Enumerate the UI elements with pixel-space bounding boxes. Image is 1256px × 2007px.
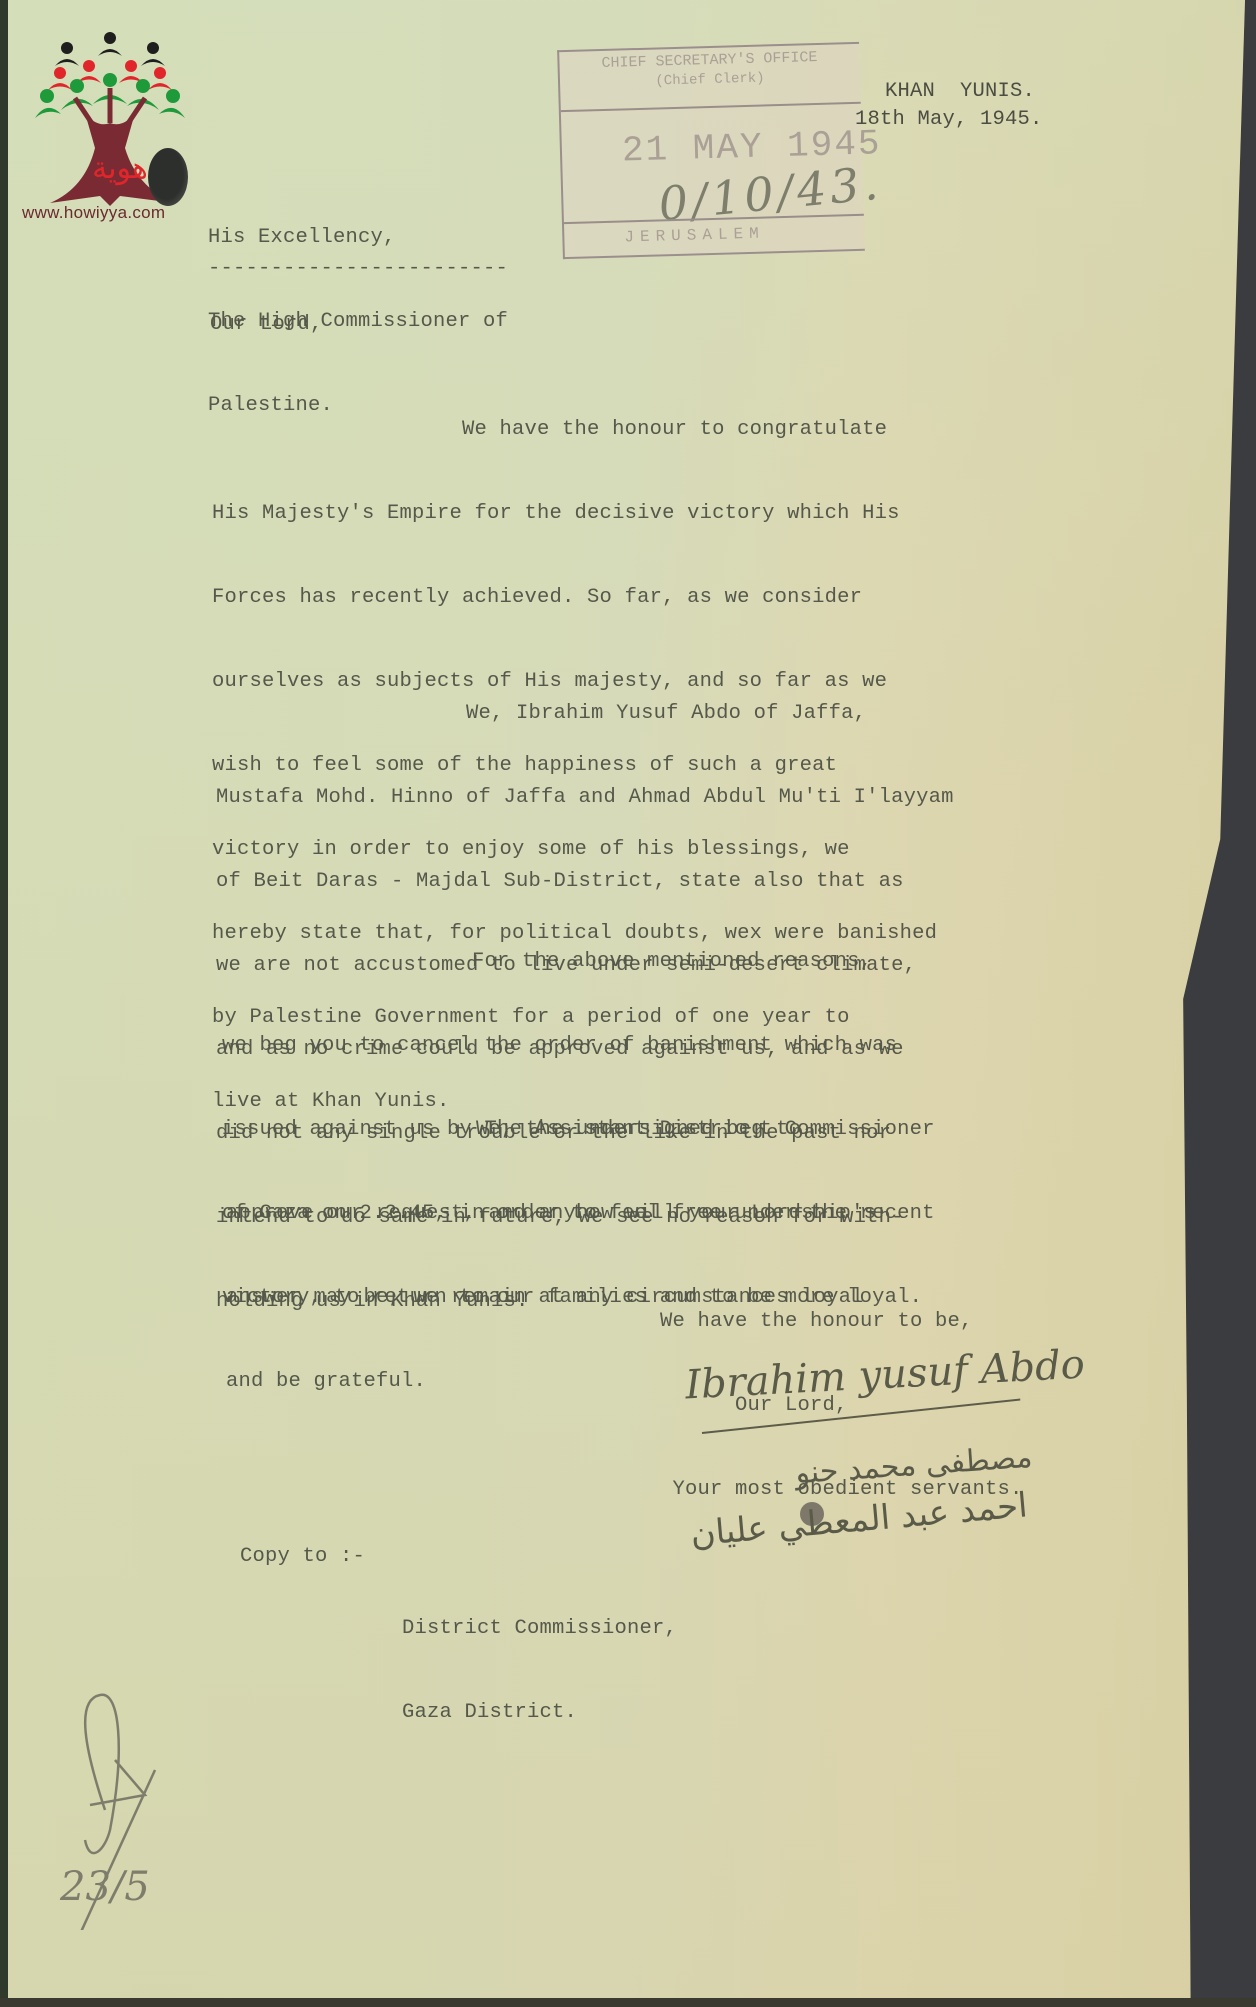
letter-date: 18th May, 1945. <box>855 106 1043 134</box>
scan-frame-left <box>0 0 8 2007</box>
addressee-rule: ------------------------ <box>208 255 508 283</box>
addressee-line: His Excellency, <box>208 224 508 252</box>
svg-text:هوية: هوية <box>92 151 148 186</box>
ink-blot <box>148 148 188 206</box>
received-stamp: CHIEF SECRETARY'S OFFICE (Chief Clerk) 2… <box>557 42 865 259</box>
copy-to-label: Copy to :- <box>240 1543 365 1571</box>
scan-frame-bottom <box>0 1998 1256 2007</box>
letter-place: KHAN YUNIS. <box>885 78 1035 106</box>
stamp-sub: (Chief Clerk) <box>580 68 840 91</box>
stamp-city: JERUSALEM <box>624 225 765 247</box>
watermark-url[interactable]: www.howiyya.com <box>22 203 165 223</box>
margin-initials-note: 23/5 <box>35 1690 175 1930</box>
handwritten-initials-icon: 23/5 <box>35 1690 175 1930</box>
copy-to-recipients: District Commissioner, Gaza District. <box>402 1559 677 1755</box>
salutation: Our Lord, <box>210 311 323 339</box>
svg-text:23/5: 23/5 <box>59 1864 150 1910</box>
